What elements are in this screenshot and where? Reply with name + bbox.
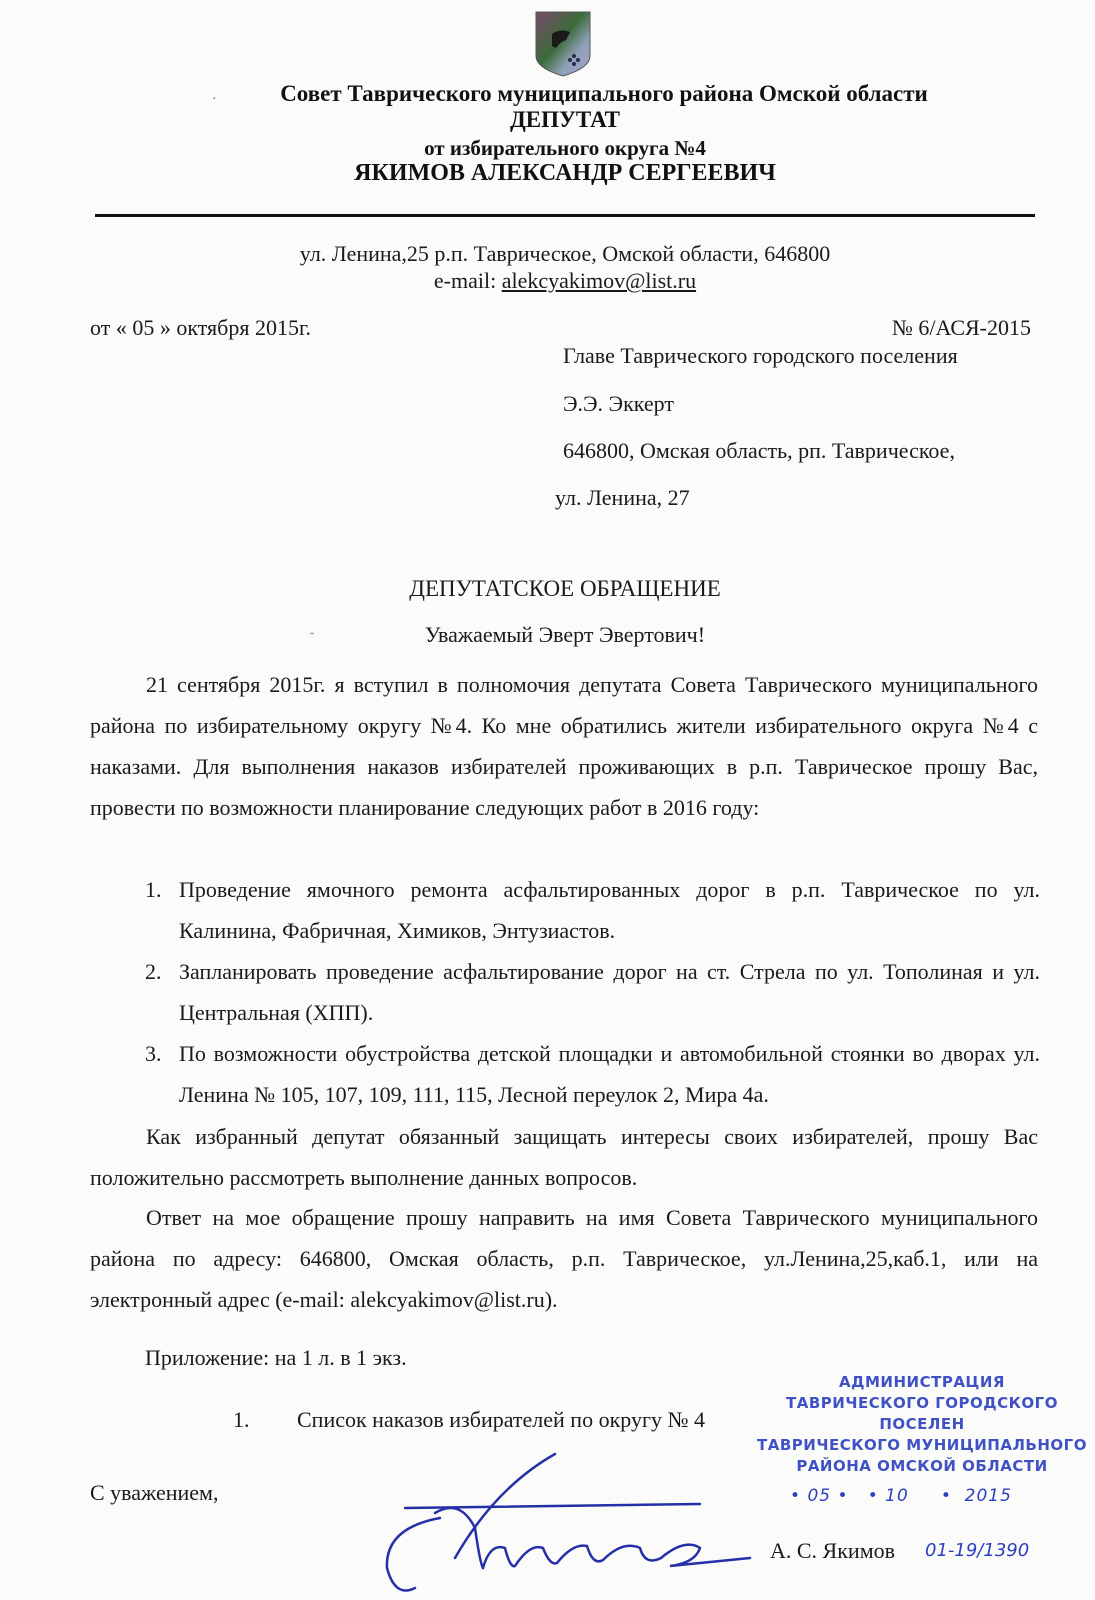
stamp-registration-number: 01-19/1390: [925, 1540, 1029, 1561]
header-divider: [95, 214, 1035, 217]
paragraph-intro: 21 сентября 2015г. я вступил в полномочи…: [90, 664, 1038, 828]
list-item: 3. По возможности обустройства детской п…: [145, 1033, 1040, 1115]
letter-title: ДЕПУТАТСКОЕ ОБРАЩЕНИЕ: [0, 576, 1095, 602]
email-link[interactable]: alekcyakimov@list.ru: [502, 268, 696, 293]
signature-icon: [365, 1448, 785, 1598]
coat-of-arms-icon: [534, 8, 592, 78]
list-item-text: Проведение ямочного ремонта асфальтирова…: [179, 869, 1040, 951]
deputy-title: ДЕПУТАТ: [0, 106, 1095, 134]
request-list: 1. Проведение ямочного ремонта асфальтир…: [145, 869, 1040, 1115]
stamp-year: 2015: [965, 1486, 1012, 1506]
recipient-address: 646800, Омская область, рп. Таврическое,: [563, 437, 955, 465]
registration-number: № 6/АСЯ-2015: [892, 315, 1031, 341]
email-label: e-mail:: [434, 268, 502, 293]
closing: С уважением,: [90, 1480, 218, 1506]
greeting: Уважаемый Эверт Эвертович!: [0, 622, 1095, 648]
stamp-month: 10: [885, 1486, 909, 1506]
stamp-line: РАЙОНА ОМСКОЙ ОБЛАСТИ: [752, 1456, 1092, 1477]
registration-stamp: АДМИНИСТРАЦИЯ ТАВРИЧЕСКОГО ГОРОДСКОГО ПО…: [752, 1372, 1092, 1477]
paragraph-reply: Ответ на мое обращение прошу направить н…: [90, 1197, 1038, 1320]
organization-name: Совет Таврического муниципального района…: [104, 80, 1095, 108]
letter-date: от « 05 » октября 2015г.: [90, 315, 311, 341]
list-item: 1. Проведение ямочного ремонта асфальтир…: [145, 869, 1040, 951]
list-item-number: 2.: [145, 951, 179, 1033]
paragraph-request: Как избранный депутат обязанный защищать…: [90, 1116, 1038, 1198]
district-line: от избирательного округа №4: [0, 134, 1095, 162]
list-item-text: По возможности обустройства детской площ…: [179, 1033, 1040, 1115]
recipient-street: ул. Ленина, 27: [555, 484, 690, 512]
attachment-label: Приложение: на 1 л. в 1 экз.: [145, 1345, 407, 1371]
signer-name: А. С. Якимов: [770, 1538, 895, 1564]
list-item-number: 3.: [145, 1033, 179, 1115]
stamp-line: АДМИНИСТРАЦИЯ: [752, 1372, 1092, 1393]
stamp-line: ТАВРИЧЕСКОГО МУНИЦИПАЛЬНОГО: [752, 1435, 1092, 1456]
sender-email-line: e-mail: alekcyakimov@list.ru: [0, 267, 1095, 295]
deputy-name: ЯКИМОВ АЛЕКСАНДР СЕРГЕЕВИЧ: [0, 159, 1095, 187]
attachment-item-text: Список наказов избирателей по округу № 4: [297, 1407, 705, 1432]
stamp-line: ТАВРИЧЕСКОГО ГОРОДСКОГО ПОСЕЛЕН: [752, 1393, 1092, 1435]
recipient-position: Главе Таврического городского поселения: [563, 342, 958, 370]
stamp-day: 05: [807, 1486, 831, 1506]
attachment-item: 1.Список наказов избирателей по округу №…: [233, 1407, 705, 1433]
stamp-date: • 05 • • 10 • 2015: [790, 1486, 1012, 1506]
recipient-name: Э.Э. Эккерт: [563, 390, 674, 418]
list-item-text: Запланировать проведение асфальтирование…: [179, 951, 1040, 1033]
list-item-number: 1.: [145, 869, 179, 951]
list-item: 2. Запланировать проведение асфальтирова…: [145, 951, 1040, 1033]
sender-address: ул. Ленина,25 р.п. Таврическое, Омской о…: [0, 240, 1095, 268]
attachment-item-number: 1.: [233, 1407, 297, 1433]
